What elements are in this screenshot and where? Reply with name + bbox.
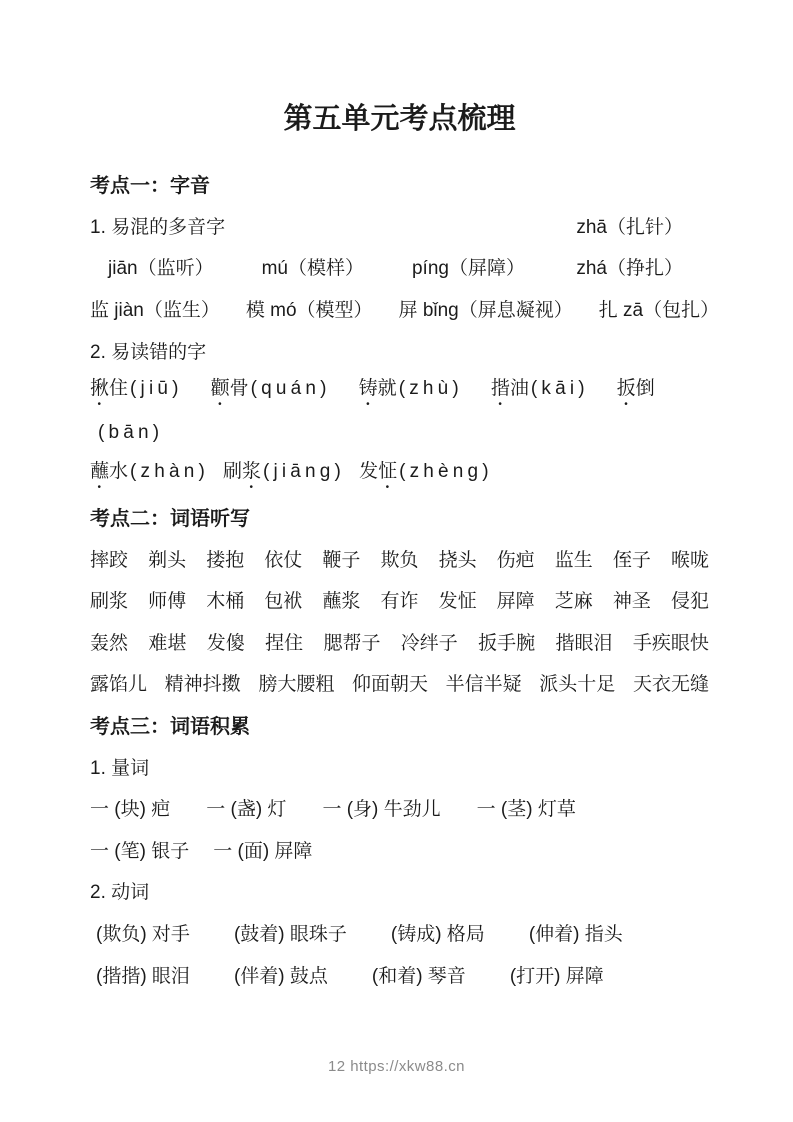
dictation-words-row1: 摔跤剃头搂抱依仗鞭子欺负挠头伤疤监生侄子喉咙: [90, 537, 709, 579]
word-pre: 发: [359, 456, 378, 483]
word: 鞭子: [322, 545, 360, 572]
word: 剃头: [148, 545, 186, 572]
word: 刷浆: [90, 586, 128, 613]
verb-phrase: (和着) 琴音: [372, 961, 466, 988]
verbs-label-row: 2. 动词: [90, 870, 709, 912]
section2-heading: 考点二：词语听写: [90, 496, 709, 538]
measure-words-label: 1. 量词: [90, 753, 149, 780]
pinyin-word: 模 mó（模型）: [246, 295, 373, 322]
document-body: { "page": { "title": "第五单元考点梳理", "footer…: [0, 0, 793, 1122]
word-post: 住: [109, 373, 128, 400]
word-post: 水: [109, 456, 128, 483]
word: 伤疤: [497, 545, 535, 572]
mispronounced-row1: 揪住(jiū)颧骨(quán)铸就(zhù)揩油(kāi)扳倒: [90, 371, 709, 413]
word-emphasized-char: 揪: [90, 373, 109, 410]
verbs-row2: (揩揩) 眼泪(伴着) 鼓点(和着) 琴音(打开) 屏障: [90, 953, 709, 995]
word: 难堪: [148, 628, 186, 655]
word-with-pinyin: 颧骨(quán): [211, 373, 331, 410]
dictation-words-row3: 轰然难堪发傻捏住腮帮子冷绊子扳手腕揩眼泪手疾眼快: [90, 621, 709, 663]
word: 天衣无缝: [633, 669, 709, 696]
word: 轰然: [90, 628, 128, 655]
word-with-pinyin: 蘸水(zhàn): [90, 456, 209, 493]
word: 搂抱: [206, 545, 244, 572]
word: 精神抖擞: [165, 669, 241, 696]
polyphone-row2-items: jiān（监听）mú（模样）píng（屏障）: [90, 253, 525, 280]
word: 揩眼泪: [556, 628, 613, 655]
verb-phrase: (鼓着) 眼珠子: [234, 919, 347, 946]
measure-word-phrase: 一 (茎) 灯草: [477, 794, 576, 821]
verb-phrase: (铸成) 格局: [391, 919, 485, 946]
word-post: 倒: [636, 373, 655, 400]
word-emphasized-char: 怔: [378, 456, 397, 493]
pinyin-word: 屏 bǐng（屏息凝视）: [399, 295, 573, 322]
measure-word-phrase: 一 (笔) 银子: [90, 836, 189, 863]
page-footer: 12 https://xkw88.cn: [0, 1058, 793, 1075]
word: 腮帮子: [323, 628, 380, 655]
word: 发怔: [439, 586, 477, 613]
measure-word-phrase: 一 (块) 疤: [90, 794, 170, 821]
word: 芝麻: [555, 586, 593, 613]
word: 捏住: [265, 628, 303, 655]
measure-words-label-row: 1. 量词: [90, 745, 709, 787]
measure-words-row2: 一 (笔) 银子一 (面) 屏障: [90, 829, 709, 871]
pinyin-word: jiān（监听）: [108, 253, 214, 280]
word-pre: 刷: [223, 456, 242, 483]
word-with-pinyin: 刷浆(jiāng): [223, 456, 345, 493]
pinyin: (jiāng): [263, 461, 345, 483]
measure-word-phrase: 一 (盏) 灯: [206, 794, 286, 821]
measure-words-row1: 一 (块) 疤一 (盏) 灯一 (身) 牛劲儿一 (茎) 灯草: [90, 787, 709, 829]
word-post: 就: [378, 373, 397, 400]
verb-phrase: (打开) 屏障: [510, 961, 604, 988]
word-emphasized-char: 颧: [211, 373, 230, 410]
pinyin: (kāi): [531, 378, 589, 400]
pinyin-word: píng（屏障）: [412, 253, 525, 280]
word: 侄子: [613, 545, 651, 572]
word: 欺负: [380, 545, 418, 572]
mispronounced-row2: 蘸水(zhàn)刷浆(jiāng)发怔(zhèng): [90, 454, 709, 496]
mispronounced-label: 2. 易读错的字: [90, 337, 206, 364]
word: 发傻: [207, 628, 245, 655]
word-with-pinyin: 扳倒: [617, 373, 657, 410]
measure-word-phrase: 一 (身) 牛劲儿: [322, 794, 440, 821]
word-emphasized-char: 揩: [491, 373, 510, 410]
verb-phrase: (揩揩) 眼泪: [96, 961, 190, 988]
measure-word-phrase: 一 (面) 屏障: [213, 836, 312, 863]
polyphone-zha-1: zhā（扎针）: [576, 212, 683, 239]
pinyin-word: mú（模样）: [262, 253, 364, 280]
word-with-pinyin: 揪住(jiū): [90, 373, 183, 410]
word-with-pinyin: 揩油(kāi): [491, 373, 589, 410]
word: 半信半疑: [446, 669, 522, 696]
pinyin-word: 监 jiàn（监生）: [90, 295, 220, 322]
word-emphasized-char: 浆: [242, 456, 261, 493]
word-emphasized-char: 铸: [359, 373, 378, 410]
word: 监生: [555, 545, 593, 572]
word: 喉咙: [671, 545, 709, 572]
word-emphasized-char: 扳: [617, 373, 636, 410]
word-with-pinyin: 发怔(zhèng): [359, 456, 493, 493]
polyphone-row1: 1. 易混的多音字 zhā（扎针）: [90, 205, 709, 247]
word: 摔跤: [90, 545, 128, 572]
document-page: 第五单元考点梳理 考点一：字音 1. 易混的多音字 zhā（扎针） jiān（监…: [0, 0, 793, 995]
word: 神圣: [613, 586, 651, 613]
word: 侵犯: [671, 586, 709, 613]
word: 扳手腕: [478, 628, 535, 655]
word: 挠头: [439, 545, 477, 572]
polyphone-zha-2: zhá（挣扎）: [576, 253, 683, 280]
pinyin-word: 扎 zā（包扎）: [599, 295, 719, 322]
polyphone-label: 1. 易混的多音字: [90, 212, 225, 239]
verb-phrase: (欺负) 对手: [96, 919, 190, 946]
word: 派头十足: [539, 669, 615, 696]
word-post: 骨: [230, 373, 249, 400]
verb-phrase: (伴着) 鼓点: [234, 961, 328, 988]
mispronounced-row1-cont: (bān): [90, 413, 709, 455]
word: 仰面朝天: [352, 669, 428, 696]
pinyin: (quán): [251, 378, 331, 400]
section1-heading: 考点一：字音: [90, 163, 709, 205]
verbs-label: 2. 动词: [90, 877, 149, 904]
dictation-words-row4: 露馅儿精神抖擞膀大腰粗仰面朝天半信半疑派头十足天衣无缝: [90, 662, 709, 704]
word: 冷绊子: [401, 628, 458, 655]
page-title: 第五单元考点梳理: [90, 99, 709, 139]
pinyin: (zhù): [399, 378, 463, 400]
word: 有诈: [380, 586, 418, 613]
pinyin: (zhèng): [399, 461, 493, 483]
word-emphasized-char: 蘸: [90, 456, 109, 493]
dictation-words-row2: 刷浆师傅木桶包袱蘸浆有诈发怔屏障芝麻神圣侵犯: [90, 579, 709, 621]
word: 手疾眼快: [633, 628, 709, 655]
word: 露馅儿: [90, 669, 147, 696]
word: 木桶: [206, 586, 244, 613]
word: 蘸浆: [322, 586, 360, 613]
word: 依仗: [264, 545, 302, 572]
mispronounced-label-row: 2. 易读错的字: [90, 329, 709, 371]
word: 屏障: [497, 586, 535, 613]
pinyin-continued: (bān): [98, 422, 163, 444]
word-with-pinyin: 铸就(zhù): [359, 373, 463, 410]
verbs-row1: (欺负) 对手(鼓着) 眼珠子(铸成) 格局(伸着) 指头: [90, 912, 709, 954]
polyphone-row3: 监 jiàn（监生）模 mó（模型）屏 bǐng（屏息凝视）扎 zā（包扎）: [90, 288, 709, 330]
verb-phrase: (伸着) 指头: [529, 919, 623, 946]
word: 师傅: [148, 586, 186, 613]
word: 包袱: [264, 586, 302, 613]
polyphone-row2: jiān（监听）mú（模样）píng（屏障） zhá（挣扎）: [90, 246, 709, 288]
pinyin: (zhàn): [130, 461, 209, 483]
word-post: 油: [510, 373, 529, 400]
word: 膀大腰粗: [258, 669, 334, 696]
pinyin: (jiū): [130, 378, 183, 400]
section3-heading: 考点三：词语积累: [90, 704, 709, 746]
